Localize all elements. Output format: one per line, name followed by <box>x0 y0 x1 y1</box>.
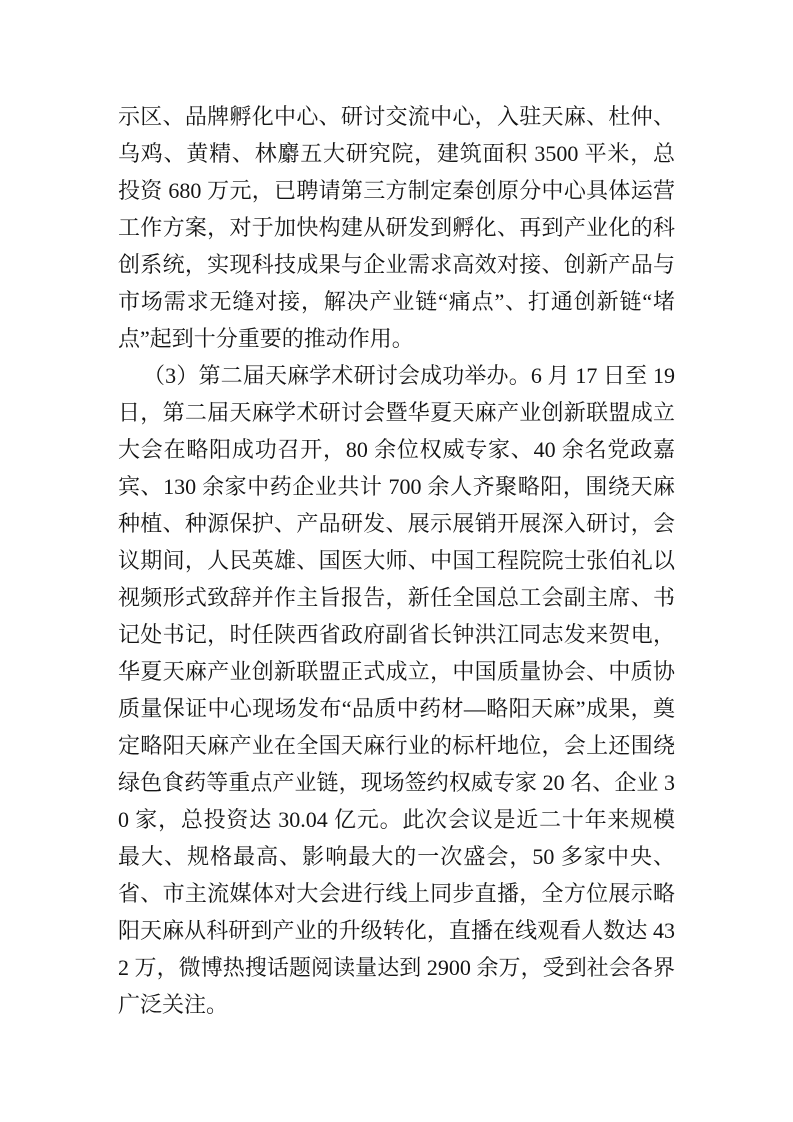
body-paragraph-continuation: 示区、品牌孵化中心、研讨交流中心，入驻天麻、杜仲、乌鸡、黄精、林麝五大研究院，建… <box>118 98 675 357</box>
document-page: 示区、品牌孵化中心、研讨交流中心，入驻天麻、杜仲、乌鸡、黄精、林麝五大研究院，建… <box>0 0 793 1122</box>
body-paragraph-section-3: （3）第二届天麻学术研讨会成功举办。6 月 17 日至 19 日，第二届天麻学术… <box>118 357 675 1023</box>
